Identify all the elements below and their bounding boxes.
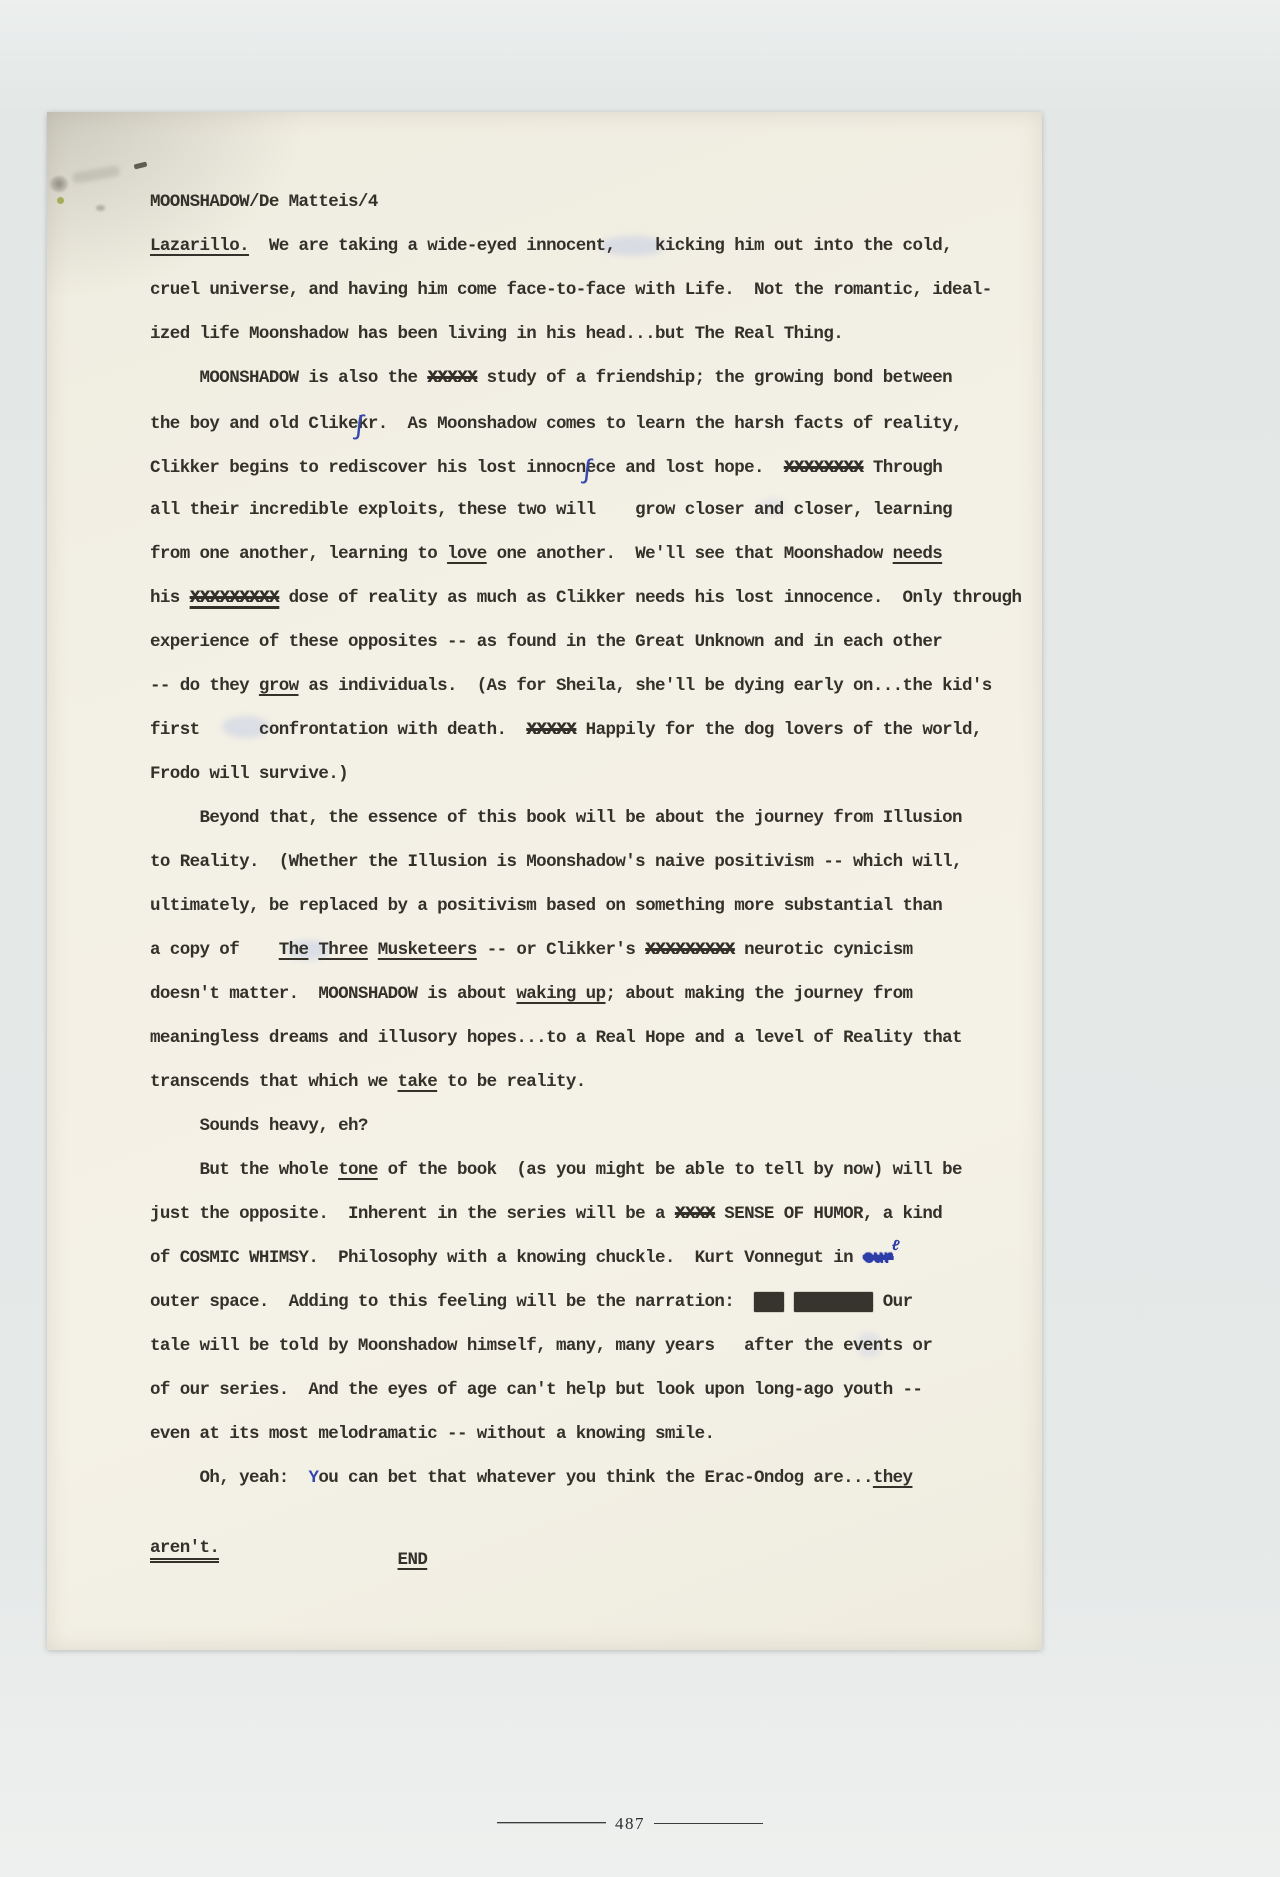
typescript-text: as individuals. (As for Sheila, she'll b… bbox=[299, 676, 992, 696]
typescript-text: ou can bet that whatever you think the E… bbox=[318, 1468, 873, 1488]
typescript-text: first confrontation with death. bbox=[150, 720, 526, 740]
struck-word: XXXXX bbox=[526, 720, 576, 740]
redacted-word: XXXXXXXX bbox=[794, 1292, 873, 1312]
typescript-text: -- do they bbox=[150, 676, 259, 696]
typescript-text: take bbox=[398, 1072, 438, 1092]
typescript-text: Our bbox=[873, 1292, 913, 1312]
typescript-text: tone bbox=[338, 1160, 378, 1180]
typescript-text: ece and lost hope. bbox=[586, 458, 784, 478]
typescript-text: kr. As Moonshadow comes to learn the har… bbox=[358, 414, 962, 434]
book-page: { "scan": { "header": "MOONSHADOW/De Mat… bbox=[0, 0, 1280, 1877]
typescript-text: Frodo will survive.) bbox=[150, 764, 348, 784]
typescript-line: meaningless dreams and illusory hopes...… bbox=[150, 1016, 1050, 1060]
typescript-text: waking up bbox=[516, 984, 605, 1004]
typescript-text: The bbox=[279, 940, 309, 960]
typescript-text bbox=[368, 940, 378, 960]
typescript-text: ultimately, be replaced by a positivism … bbox=[150, 896, 942, 916]
end-label: END bbox=[398, 1550, 428, 1570]
typescript-line: But the whole tone of the book (as you m… bbox=[150, 1148, 1050, 1192]
typescript-line: Clikker begins to rediscover his lost in… bbox=[150, 444, 1050, 488]
typescript-line: a copy of The Three Musketeers -- or Cli… bbox=[150, 928, 1050, 972]
typescript-text: transcends that which we bbox=[150, 1072, 398, 1092]
typescript-line: just the opposite. Inherent in the serie… bbox=[150, 1192, 1050, 1236]
struck-word: XXXXXXXXX bbox=[645, 940, 734, 960]
typescript-line: -- do they grow as individuals. (As for … bbox=[150, 664, 1050, 708]
typescript-line: Oh, yeah: You can bet that whatever you … bbox=[150, 1456, 1050, 1500]
typescript-line: outer space. Adding to this feeling will… bbox=[150, 1280, 1050, 1324]
typescript-text: to Reality. (Whether the Illusion is Moo… bbox=[150, 852, 962, 872]
typescript-text: to be reality. bbox=[437, 1072, 586, 1092]
typescript-line: even at its most melodramatic -- without… bbox=[150, 1412, 1050, 1456]
typescript-text: needs bbox=[893, 544, 943, 564]
typescript-text: MOONSHADOW is also the bbox=[150, 368, 427, 388]
typescript-line: Beyond that, the essence of this book wi… bbox=[150, 796, 1050, 840]
struck-word: XXXX bbox=[675, 1204, 715, 1224]
typescript-text: dose of reality as much as Clikker needs… bbox=[279, 588, 1022, 608]
typescript-line: cruel universe, and having him come face… bbox=[150, 268, 1050, 312]
redacted-word: XXX bbox=[754, 1292, 784, 1312]
typescript-text: neurotic cynicism bbox=[734, 940, 912, 960]
typescript-text: Oh, yeah: bbox=[150, 1468, 308, 1488]
typescript-line: Lazarillo. We are taking a wide-eyed inn… bbox=[150, 224, 1050, 268]
typescript-line: all their incredible exploits, these two… bbox=[150, 488, 1050, 532]
typescript-text: his bbox=[150, 588, 190, 608]
typescript-text bbox=[219, 1538, 397, 1558]
struck-word: XXXXXXXXX bbox=[190, 588, 279, 608]
typescript-text: Happily for the dog lovers of the world, bbox=[576, 720, 982, 740]
typescript-line: experience of these opposites -- as foun… bbox=[150, 620, 1050, 664]
typescript-text: Sounds heavy, eh? bbox=[150, 1116, 368, 1136]
typescript-text: ; about making the journey from bbox=[606, 984, 913, 1004]
typescript-text: of our series. And the eyes of age can't… bbox=[150, 1380, 922, 1400]
folio-rule-right bbox=[654, 1823, 763, 1824]
typescript-text: But the whole bbox=[150, 1160, 338, 1180]
typescript-line: doesn't matter. MOONSHADOW is about waki… bbox=[150, 972, 1050, 1016]
handwritten-letter: Y bbox=[308, 1468, 318, 1488]
typescript-text: Through bbox=[863, 458, 942, 478]
struck-word: XXXXX bbox=[427, 368, 477, 388]
typescript-text bbox=[784, 1292, 794, 1312]
typescript-line: aren't. END bbox=[150, 1526, 1050, 1570]
typescript-line: his XXXXXXXXX dose of reality as much as… bbox=[150, 576, 1050, 620]
typescript-header: MOONSHADOW/De Matteis/4 bbox=[150, 180, 1050, 224]
typescript-text: love bbox=[447, 544, 487, 564]
typescript-body: MOONSHADOW/De Matteis/4 Lazarillo. We ar… bbox=[150, 180, 1050, 1570]
folio-rule-left bbox=[497, 1822, 606, 1824]
typescript-text: meaningless dreams and illusory hopes...… bbox=[150, 1028, 962, 1048]
typescript-line: Frodo will survive.) bbox=[150, 752, 1050, 796]
typescript-text: all their incredible exploits, these two… bbox=[150, 500, 952, 520]
typescript-text: Three bbox=[318, 940, 368, 960]
struck-word: XXXXXXXX bbox=[784, 458, 863, 478]
typescript-line: to Reality. (Whether the Illusion is Moo… bbox=[150, 840, 1050, 884]
typescript-text: one another. We'll see that Moonshadow bbox=[487, 544, 893, 564]
typescript-line: transcends that which we take to be real… bbox=[150, 1060, 1050, 1104]
typescript-text: tale will be told by Moonshadow himself,… bbox=[150, 1336, 932, 1356]
typescript-text: Lazarillo. bbox=[150, 236, 249, 256]
typescript-text: a copy of bbox=[150, 940, 279, 960]
typescript-line: from one another, learning to love one a… bbox=[150, 532, 1050, 576]
typescript-text: cruel universe, and having him come face… bbox=[150, 280, 992, 300]
typescript-text: Musketeers bbox=[378, 940, 477, 960]
typescript-text: just the opposite. Inherent in the serie… bbox=[150, 1204, 675, 1224]
handwritten-correction: our bbox=[863, 1248, 893, 1268]
typescript-text: aren't. bbox=[150, 1538, 219, 1563]
typescript-text: from one another, learning to bbox=[150, 544, 447, 564]
typescript-line: ultimately, be replaced by a positivism … bbox=[150, 884, 1050, 928]
typescript-line: first confrontation with death. XXXXX Ha… bbox=[150, 708, 1050, 752]
typescript-text: ized life Moonshadow has been living in … bbox=[150, 324, 843, 344]
typescript-line: tale will be told by Moonshadow himself,… bbox=[150, 1324, 1050, 1368]
folio: 487 bbox=[497, 1812, 763, 1834]
typescript-line: the boy and old Clike∫kr. As Moonshadow … bbox=[150, 400, 1050, 444]
typescript-line: MOONSHADOW is also the XXXXX study of a … bbox=[150, 356, 1050, 400]
typescript-text: SENSE OF HUMOR, a kind bbox=[714, 1204, 942, 1224]
typescript-text: study of a friendship; the growing bond … bbox=[477, 368, 952, 388]
typescript-text bbox=[308, 940, 318, 960]
typescript-line: of COSMIC WHIMSY. Philosophy with a know… bbox=[150, 1236, 1050, 1280]
typescript-text: Beyond that, the essence of this book wi… bbox=[150, 808, 962, 828]
typescript-text: experience of these opposites -- as foun… bbox=[150, 632, 942, 652]
typescript-line: of our series. And the eyes of age can't… bbox=[150, 1368, 1050, 1412]
typescript-text: they bbox=[873, 1468, 913, 1488]
typescript-text: outer space. Adding to this feeling will… bbox=[150, 1292, 754, 1312]
typescript-text: of the book (as you might be able to tel… bbox=[378, 1160, 962, 1180]
typescript-line: ized life Moonshadow has been living in … bbox=[150, 312, 1050, 356]
typescript-text: -- or Clikker's bbox=[477, 940, 645, 960]
typescript-text: doesn't matter. MOONSHADOW is about bbox=[150, 984, 516, 1004]
typescript-text: the boy and old Clike bbox=[150, 414, 358, 434]
typescript-line: Sounds heavy, eh? bbox=[150, 1104, 1050, 1148]
typescript-text: of COSMIC WHIMSY. Philosophy with a know… bbox=[150, 1248, 863, 1268]
typescript-text: Clikker begins to rediscover his lost in… bbox=[150, 458, 586, 478]
typescript-text: grow bbox=[259, 676, 299, 696]
page-number: 487 bbox=[615, 1815, 645, 1832]
typescript-text: We are taking a wide-eyed innocent, kick… bbox=[249, 236, 952, 256]
typescript-text: even at its most melodramatic -- without… bbox=[150, 1424, 714, 1444]
